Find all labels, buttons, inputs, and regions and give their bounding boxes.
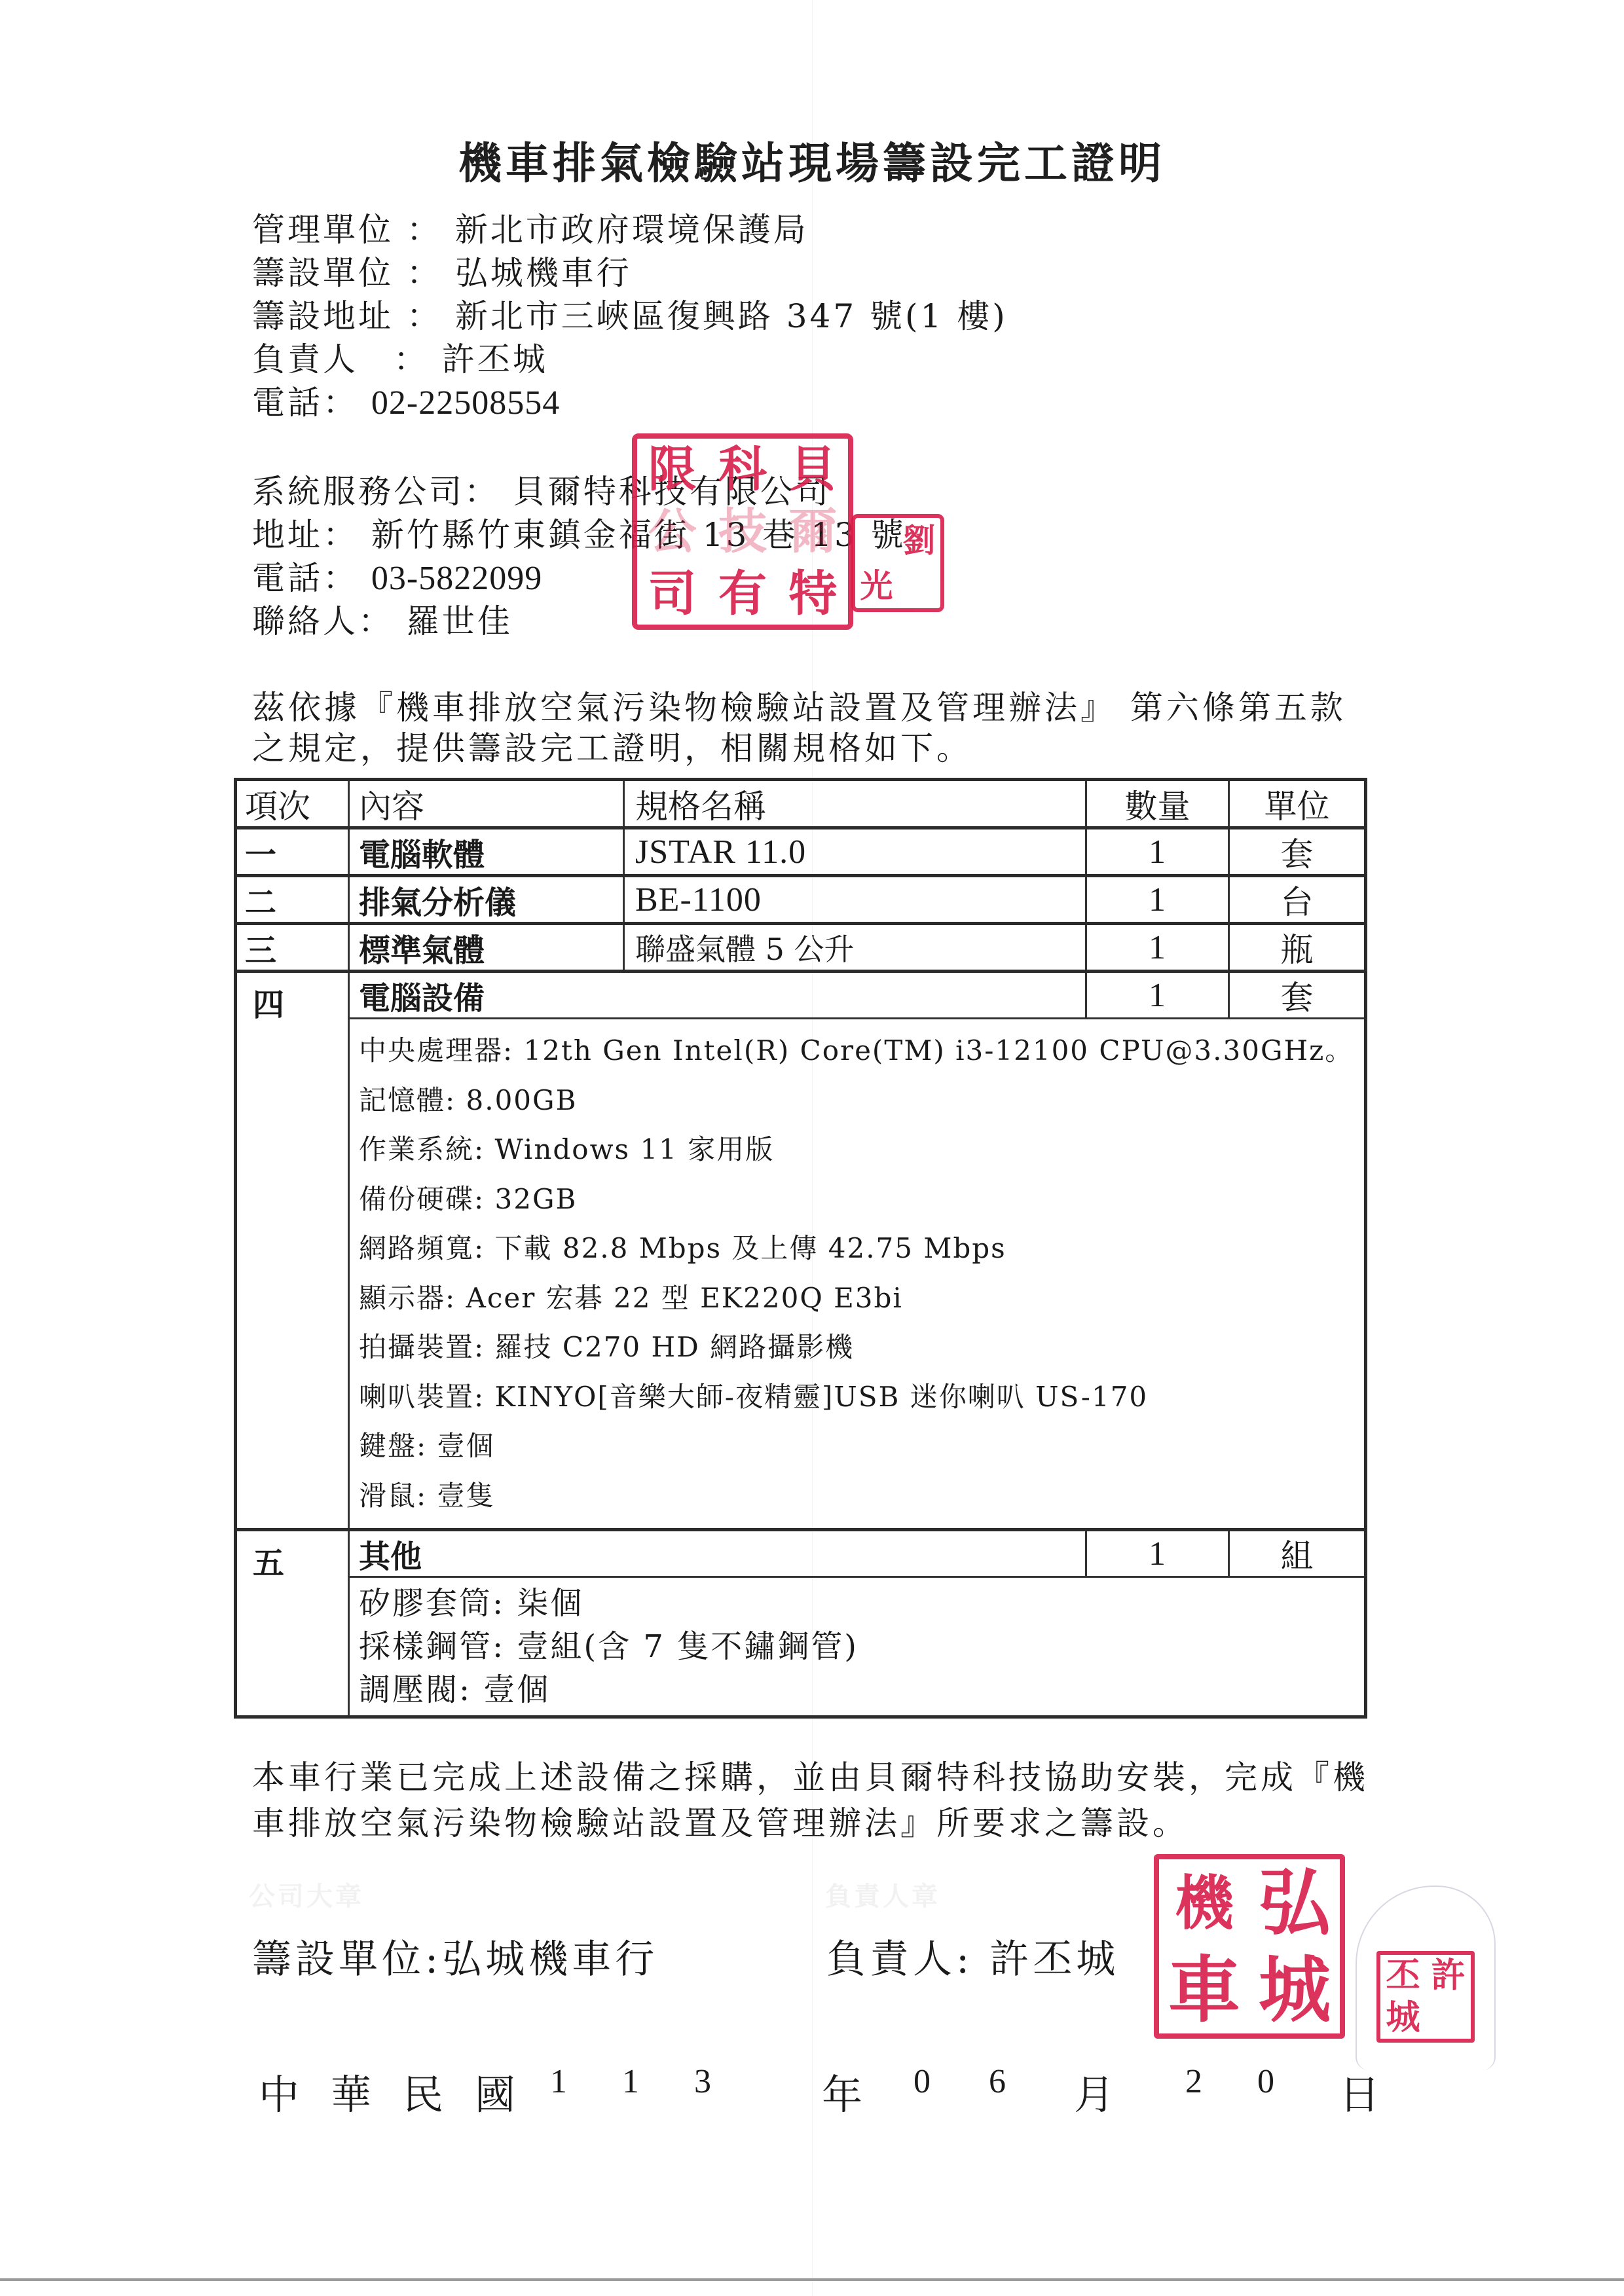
row-unit: 台 xyxy=(1230,877,1364,922)
date-era-char: 民 xyxy=(403,2062,443,2121)
seal-char: 光 xyxy=(860,570,893,602)
row-spec: JSTAR 11.0 xyxy=(625,829,1087,874)
row-qty: 1 xyxy=(1087,829,1230,874)
signature-owner: 負責人: 許丕城 xyxy=(826,1928,1119,1984)
row-content: 其他 xyxy=(350,1531,1087,1576)
row-unit: 瓶 xyxy=(1230,925,1364,970)
row-qty: 1 xyxy=(1087,877,1230,922)
seal-char: 劉 xyxy=(903,524,936,557)
date-month-unit: 月 xyxy=(1074,2062,1115,2121)
date-year-digit: 3 xyxy=(694,2062,712,2101)
company-seal-ghost-label: 公司大章 xyxy=(249,1876,364,1913)
seal-char: 許 xyxy=(1431,1959,1465,1993)
row-content: 電腦軟體 xyxy=(350,829,625,874)
setup-address-value: 新北市三峽區復興路 347 號(1 樓) xyxy=(455,297,1008,335)
service-company-label: 系統服務公司： xyxy=(252,473,500,511)
management-unit-value: 新北市政府環境保護局 xyxy=(455,211,809,249)
service-phone-value: 03-5822099 xyxy=(371,560,542,597)
date-month-digit: 0 xyxy=(913,2062,931,2101)
row-unit: 組 xyxy=(1230,1531,1364,1576)
row-item-no: 五 xyxy=(237,1531,350,1715)
spec-pressure-valve: 調壓閥: 壹個 xyxy=(359,1668,1364,1711)
others-details: 矽膠套筒: 柒個 採樣鋼管: 壹組(含 7 隻不鏽鋼管) 調壓閥: 壹個 xyxy=(350,1578,1364,1715)
signature-owner-label: 負責人: xyxy=(826,1937,973,1982)
spec-cpu: 中央處理器: 12th Gen Intel(R) Core(TM) i3-121… xyxy=(359,1026,1364,1076)
seal-char: 城 xyxy=(1386,2001,1420,2035)
header-unit: 單位 xyxy=(1230,781,1364,826)
seal-char: 特 xyxy=(788,570,837,618)
spec-monitor: 顯示器: Acer 宏碁 22 型 EK220Q E3bi xyxy=(359,1273,1364,1323)
spec-backup-disk: 備份硬碟: 32GB xyxy=(359,1175,1364,1224)
phone-value: 02-22508554 xyxy=(371,384,560,422)
row-qty: 1 xyxy=(1087,1531,1230,1576)
shop-seal: 機 弘 車 城 xyxy=(1154,1854,1345,2039)
spec-keyboard: 鍵盤: 壹個 xyxy=(359,1421,1364,1471)
spec-memory: 記憶體: 8.00GB xyxy=(359,1076,1364,1125)
date-month-digit: 6 xyxy=(989,2062,1006,2101)
spec-bandwidth: 網路頻寬: 下載 82.8 Mbps 及上傳 42.75 Mbps xyxy=(359,1224,1364,1273)
row-spec: BE-1100 xyxy=(625,877,1087,922)
row-unit: 套 xyxy=(1230,973,1364,1017)
closing-paragraph: 本車行業已完成上述設備之採購，並由貝爾特科技協助安裝，完成『機車排放空氣污染物檢… xyxy=(252,1755,1372,1846)
date-day-digit: 2 xyxy=(1185,2062,1203,2101)
computer-equipment-details: 中央處理器: 12th Gen Intel(R) Core(TM) i3-121… xyxy=(350,1019,1364,1528)
seal-char: 貝 xyxy=(788,445,837,494)
row-item-no: 三 xyxy=(237,925,350,970)
station-info-block: 管理單位 ： 新北市政府環境保護局 籌設單位 ： 弘城機車行 籌設地址 ： 新北… xyxy=(252,208,1008,424)
management-unit-label: 管理單位 ： xyxy=(252,208,442,251)
row-qty: 1 xyxy=(1087,925,1230,970)
spec-os: 作業系統: Windows 11 家用版 xyxy=(359,1125,1364,1175)
spec-sampling-pipe: 採樣鋼管: 壹組(含 7 隻不鏽鋼管) xyxy=(359,1625,1364,1668)
seal-char: 科 xyxy=(718,445,767,494)
table-row: 三 標準氣體 聯盛氣體 5 公升 1 瓶 xyxy=(237,925,1364,973)
row-content: 排氣分析儀 xyxy=(350,877,625,922)
row-item-no: 一 xyxy=(237,829,350,874)
intro-paragraph: 茲依據『機車排放空氣污染物檢驗站設置及管理辦法』 第六條第五款之規定，提供籌設完… xyxy=(252,687,1372,769)
spec-camera: 拍攝裝置: 羅技 C270 HD 網路攝影機 xyxy=(359,1322,1364,1372)
computer-equipment-header: 電腦設備 1 套 xyxy=(350,973,1364,1019)
header-spec: 規格名稱 xyxy=(625,781,1087,826)
row-item-no: 二 xyxy=(237,877,350,922)
setup-address-row: 籌設地址 ： 新北市三峽區復興路 347 號(1 樓) xyxy=(252,295,1008,338)
signature-unit: 籌設單位:弘城機車行 xyxy=(252,1928,658,1984)
seal-char: 爾 xyxy=(788,507,837,556)
equipment-table: 項次 內容 規格名稱 數量 單位 一 電腦軟體 JSTAR 11.0 1 套 二… xyxy=(234,778,1367,1719)
seal-char: 技 xyxy=(718,507,767,556)
header-content: 內容 xyxy=(350,781,625,826)
table-row: 一 電腦軟體 JSTAR 11.0 1 套 xyxy=(237,829,1364,877)
row-qty: 1 xyxy=(1087,973,1230,1017)
date-year-digit: 1 xyxy=(622,2062,640,2101)
seal-char: 公 xyxy=(648,507,697,556)
date-era-char: 中 xyxy=(259,2062,299,2121)
phone-label: 電話： xyxy=(252,381,358,424)
date-year-digit: 1 xyxy=(550,2062,568,2101)
date-day-digit: 0 xyxy=(1257,2062,1275,2101)
seal-char: 司 xyxy=(648,570,697,618)
seal-char: 機 xyxy=(1175,1874,1234,1933)
row-item-no: 四 xyxy=(237,973,350,1528)
management-unit-row: 管理單位 ： 新北市政府環境保護局 xyxy=(252,208,1008,251)
responsible-person-value: 許丕城 xyxy=(442,340,548,378)
signature-unit-value: 弘城機車行 xyxy=(442,1937,658,1982)
setup-address-label: 籌設地址 ： xyxy=(252,295,442,338)
others-group: 五 其他 1 組 矽膠套筒: 柒個 採樣鋼管: 壹組(含 7 隻不鏽鋼管) 調壓… xyxy=(237,1531,1364,1715)
service-phone-label: 電話： xyxy=(252,559,358,597)
signature-owner-value: 許丕城 xyxy=(989,1937,1119,1982)
setup-unit-label: 籌設單位 ： xyxy=(252,251,442,295)
date-era-char: 國 xyxy=(475,2062,515,2121)
signature-unit-label: 籌設單位: xyxy=(252,1937,442,1982)
document-title: 機車排氣檢驗站現場籌設完工證明 xyxy=(0,128,1624,191)
service-company-seal: 限 科 貝 公 技 爾 司 有 特 xyxy=(632,433,853,630)
others-header: 其他 1 組 xyxy=(350,1531,1364,1578)
phone-row: 電話： 02-22508554 xyxy=(252,381,1008,424)
owner-seal-ghost-label: 負責人章 xyxy=(825,1876,940,1913)
seal-char: 弘 xyxy=(1259,1867,1331,1939)
computer-equipment-group: 四 電腦設備 1 套 中央處理器: 12th Gen Intel(R) Core… xyxy=(237,973,1364,1531)
header-item-no: 項次 xyxy=(237,781,350,826)
table-header-row: 項次 內容 規格名稱 數量 單位 xyxy=(237,781,1364,829)
seal-char: 丕 xyxy=(1386,1959,1420,1993)
responsible-person-label: 負責人 ： xyxy=(252,338,429,381)
date-year-unit: 年 xyxy=(822,2062,862,2121)
service-owner-seal: 劉 光 xyxy=(851,514,944,612)
contact-label: 聯絡人： xyxy=(252,602,394,640)
date-era-char: 華 xyxy=(331,2062,371,2121)
seal-char: 車 xyxy=(1168,1954,1240,2026)
table-row: 二 排氣分析儀 BE-1100 1 台 xyxy=(237,877,1364,925)
setup-unit-row: 籌設單位 ： 弘城機車行 xyxy=(252,251,1008,295)
row-content: 電腦設備 xyxy=(350,973,1087,1017)
date-day-unit: 日 xyxy=(1339,2062,1380,2121)
row-unit: 套 xyxy=(1230,829,1364,874)
contact-value: 羅世佳 xyxy=(407,602,513,640)
row-spec: 聯盛氣體 5 公升 xyxy=(625,925,1087,970)
row-content: 標準氣體 xyxy=(350,925,625,970)
others-body: 其他 1 組 矽膠套筒: 柒個 採樣鋼管: 壹組(含 7 隻不鏽鋼管) 調壓閥:… xyxy=(350,1531,1364,1715)
spec-silicone-sleeve: 矽膠套筒: 柒個 xyxy=(359,1582,1364,1625)
spec-speaker: 喇叭裝置: KINYO[音樂大師-夜精靈]USB 迷你喇叭 US-170 xyxy=(359,1372,1364,1422)
computer-equipment-body: 電腦設備 1 套 中央處理器: 12th Gen Intel(R) Core(T… xyxy=(350,973,1364,1528)
service-address-label: 地址： xyxy=(252,516,358,554)
owner-seal: 丕 許 城 xyxy=(1376,1951,1475,2043)
seal-char: 有 xyxy=(718,570,767,618)
setup-unit-value: 弘城機車行 xyxy=(455,254,632,292)
scan-edge-line xyxy=(0,2278,1624,2281)
header-qty: 數量 xyxy=(1087,781,1230,826)
spec-mouse: 滑鼠: 壹隻 xyxy=(359,1471,1364,1521)
seal-char: 限 xyxy=(648,445,697,494)
responsible-person-row: 負責人 ： 許丕城 xyxy=(252,338,1008,381)
seal-char: 城 xyxy=(1259,1954,1331,2026)
